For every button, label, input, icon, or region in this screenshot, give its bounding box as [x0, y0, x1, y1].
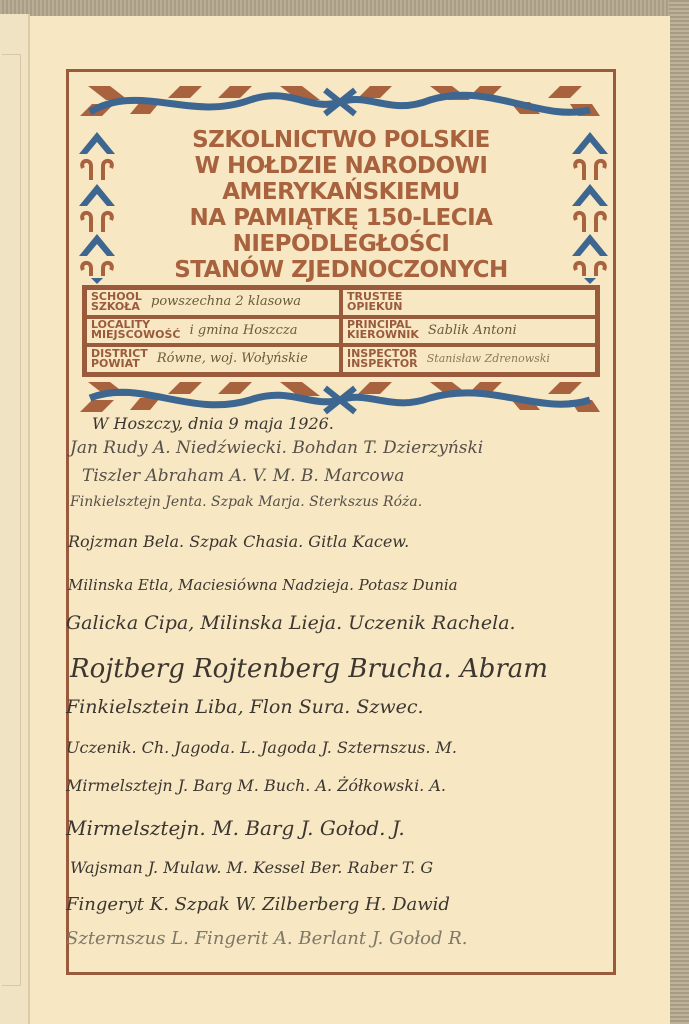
signature-line: Tiszler Abraham A. V. M. B. Marcowa	[82, 466, 404, 486]
district-value: Równe, woj. Wołyńskie	[157, 351, 308, 366]
inspector-cell: INSPECTORINSPEKTOR Stanisław Zdrenowski	[341, 345, 597, 374]
document-page: SZKOLNICTWO POLSKIE W HOŁDZIE NARODOWI A…	[30, 16, 670, 1024]
district-label: DISTRICTPOWIAT	[91, 349, 148, 369]
district-cell: DISTRICTPOWIAT Równe, woj. Wołyńskie	[85, 345, 341, 374]
locality-value: i gmina Hoszcza	[190, 323, 298, 338]
trustee-label: TRUSTEEOPIEKUN	[347, 292, 403, 312]
title-line: SZKOLNICTWO POLSKIE	[118, 127, 564, 153]
signature-line: Fingeryt K. Szpak W. Zilberberg H. Dawid	[66, 894, 450, 915]
trustee-cell: TRUSTEEOPIEKUN	[341, 288, 597, 317]
inspector-label: INSPECTORINSPEKTOR	[347, 349, 418, 369]
signature-line: Rojzman Bela. Szpak Chasia. Gitla Kacew.	[68, 532, 409, 551]
title-line: AMERYKAŃSKIEMU	[118, 179, 564, 205]
school-info-table: SCHOOLSZKOŁA powszechna 2 klasowa TRUSTE…	[82, 285, 600, 377]
signature-line: Szternszus L. Fingerit A. Berlant J. Goł…	[66, 928, 468, 949]
signature-line: Uczenik. Ch. Jagoda. L. Jagoda J. Sztern…	[66, 738, 457, 757]
signature-line: Rojtberg Rojtenberg Brucha. Abram	[70, 654, 548, 684]
binding-cloth-top	[0, 0, 689, 16]
signature-line: Galicka Cipa, Milinska Lieja. Uczenik Ra…	[66, 612, 516, 634]
school-value: powszechna 2 klasowa	[151, 294, 301, 309]
signature-line: Jan Rudy A. Niedźwiecki. Bohdan T. Dzier…	[70, 438, 483, 458]
principal-label: PRINCIPALKIEROWNIK	[347, 320, 419, 340]
dateline: W Hoszczy, dnia 9 maja 1926.	[92, 414, 334, 433]
principal-cell: PRINCIPALKIEROWNIK Sablik Antoni	[341, 317, 597, 346]
side-ornament-left-icon	[77, 124, 117, 284]
title-line: W HOŁDZIE NARODOWI	[118, 153, 564, 179]
school-label: SCHOOLSZKOŁA	[91, 292, 142, 312]
adjacent-page-border	[2, 54, 21, 986]
document-title: SZKOLNICTWO POLSKIE W HOŁDZIE NARODOWI A…	[118, 127, 564, 283]
locality-label: LOCALITYMIEJSCOWOŚĆ	[91, 320, 180, 340]
school-cell: SCHOOLSZKOŁA powszechna 2 klasowa	[85, 288, 341, 317]
title-line: STANÓW ZJEDNOCZONYCH	[118, 257, 564, 283]
ribbon-ornament-bottom-icon	[80, 378, 600, 418]
signature-line: Wajsman J. Mulaw. M. Kessel Ber. Raber T…	[70, 858, 433, 877]
locality-cell: LOCALITYMIEJSCOWOŚĆ i gmina Hoszcza	[85, 317, 341, 346]
signature-line: Mirmelsztejn J. Barg M. Buch. A. Żółkows…	[66, 776, 446, 795]
signature-line: Finkielsztejn Jenta. Szpak Marja. Sterks…	[70, 494, 422, 510]
title-line: NA PAMIĄTKĘ 150-LECIA	[118, 205, 564, 231]
adjacent-page-edge	[0, 14, 30, 1024]
signature-line: Finkielsztein Liba, Flon Sura. Szwec.	[66, 696, 424, 718]
title-line: NIEPODLEGŁOŚCI	[118, 231, 564, 257]
ribbon-ornament-top-icon	[80, 82, 600, 122]
signature-line: Milinska Etla, Maciesiówna Nadzieja. Pot…	[68, 576, 458, 594]
binding-cloth-right	[669, 0, 689, 1024]
side-ornament-right-icon	[570, 124, 610, 284]
signature-line: Mirmelsztejn. M. Barg J. Gołod. J.	[66, 816, 405, 840]
inspector-value: Stanisław Zdrenowski	[427, 352, 550, 365]
principal-value: Sablik Antoni	[428, 323, 517, 338]
